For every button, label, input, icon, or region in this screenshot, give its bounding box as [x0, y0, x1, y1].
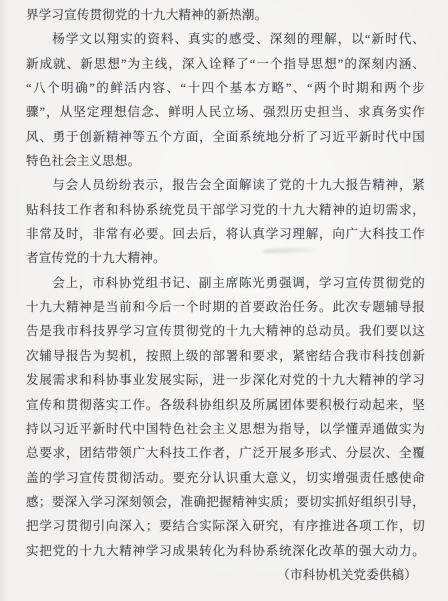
text-line: 感；要深入学习深刻领会，准确把握精神实质；要切实抓好组织引导，: [26, 490, 425, 514]
text-line: 会上，市科协党组书记、副主席陈光勇强调，学习宣传贯彻党的: [26, 271, 425, 295]
text-line: 次辅导报告为契机，按照上级的部署和要求，紧密结合我市科技创新: [26, 344, 425, 368]
text-line: 告是我市科技界学习宣传贯彻党的十九大精神的总动员。我们要以这: [26, 319, 425, 343]
text-line: 非常及时，非常有必要。回去后，将认真学习理解，向广大科技工作: [26, 222, 425, 246]
text-line: 新成就、新思想”为主线，深入诠释了“一个指导思想”的深刻内涵、: [26, 52, 425, 76]
text-line: 风、勇于创新精神等五个方面，全面系统地分析了习近平新时代中国: [26, 125, 425, 149]
text-line: 把学习贯彻引向深入；要结合实际深入研究，有序推进各项工作，切: [26, 514, 425, 538]
text-line: 界学习宣传贯彻党的十九大精神的新热潮。: [26, 3, 425, 27]
text-line: 宣传和贯彻落实工作。各级科协组织及所属团体要积极行动起来，坚: [26, 393, 425, 417]
text-line: 总要求，团结带领广大科技工作者，广泛开展多形式、分层次、全覆: [26, 441, 425, 465]
text-line: 与会人员纷纷表示，报告会全面解读了党的十九大报告精神，紧: [26, 173, 425, 197]
text-line: 实把党的十九大精神学习成果转化为科协系统深化改革的强大动力。: [26, 539, 425, 563]
text-line: 盖的学习宣传贯彻活动。要充分认识重大意义，切实增强责任感使命: [26, 466, 425, 490]
text-line: 者宣传党的十九大精神。: [26, 246, 425, 270]
text-line: 贴科技工作者和科协系统党员干部学习党的十九大精神的迫切需求，: [26, 198, 425, 222]
text-line: “八个明确”的鲜活内容、“十四个基本方略”、“两个时期和两个步: [26, 76, 425, 100]
text-line: 特色社会主义思想。: [26, 149, 425, 173]
document-page: 界学习宣传贯彻党的十九大精神的新热潮。 杨学文以翔实的资料、真实的感受、深刻的理…: [0, 0, 448, 601]
text-line: 杨学文以翔实的资料、真实的感受、深刻的理解，以“新时代、: [26, 27, 425, 51]
text-line: 发展需求和科协事业发展实际，进一步深化对党的十九大精神的学习: [26, 368, 425, 392]
byline: （市科协机关党委供稿）: [26, 563, 425, 587]
text-line: 骤”，从坚定理想信念、鲜明人民立场、强烈历史担当、求真务实作: [26, 100, 425, 124]
text-line: 持以习近平新时代中国特色社会主义思想为指导，以学懂弄通做实为: [26, 417, 425, 441]
text-line: 十九大精神是当前和今后一个时期的首要政治任务。此次专题辅导报: [26, 295, 425, 319]
